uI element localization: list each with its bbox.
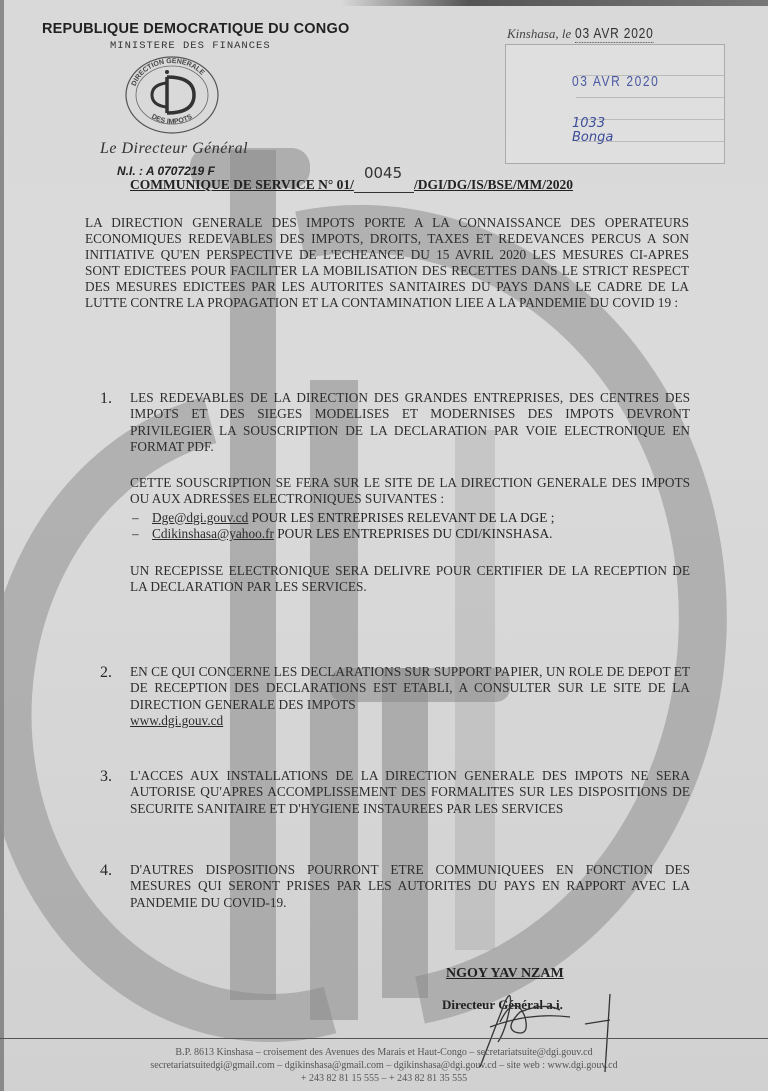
dateline-label: Kinshasa, le [507, 26, 571, 41]
item-number: 4. [100, 862, 112, 880]
list-item-1: 1. LES REDEVABLES DE LA DIRECTION DES GR… [90, 390, 690, 595]
reference-handwritten-number: 0045 [364, 164, 402, 182]
country-heading: REPUBLIQUE DEMOCRATIQUE DU CONGO [42, 21, 349, 37]
email-link-cdi[interactable]: Cdikinshasa@yahoo.fr [152, 526, 274, 541]
intro-paragraph: LA DIRECTION GENERALE DES IMPOTS PORTE A… [85, 215, 689, 311]
reference-number-field: 0045 [354, 178, 414, 193]
director-title-script: Le Directeur Général [100, 140, 248, 158]
reference-prefix: COMMUNIQUE DE SERVICE N° 01/ [130, 177, 354, 192]
item-text: EN CE QUI CONCERNE LES DECLARATIONS SUR … [130, 664, 690, 713]
ni-number: N.I. : A 0707219 F [117, 164, 215, 178]
item-number: 1. [100, 390, 112, 408]
footer-divider [0, 1038, 768, 1039]
item-text: D'AUTRES DISPOSITIONS POURRONT ETRE COMM… [130, 862, 690, 911]
footer-address: B.P. 8613 Kinshasa – croisement des Aven… [0, 1046, 768, 1059]
reference-suffix: /DGI/DG/IS/BSE/MM/2020 [414, 177, 573, 192]
communique-reference: COMMUNIQUE DE SERVICE N° 01/0045/DGI/DG/… [130, 177, 573, 193]
photo-shadow [340, 0, 768, 6]
email-list: Dge@dgi.gouv.cd POUR LES ENTREPRISES REL… [152, 510, 690, 543]
item-text: L'ACCES AUX INSTALLATIONS DE LA DIRECTIO… [130, 768, 690, 817]
email-list-item: Cdikinshasa@yahoo.fr POUR LES ENTREPRISE… [152, 526, 690, 543]
website-link[interactable]: www.dgi.gouv.cd [130, 713, 223, 728]
item-number: 2. [100, 664, 112, 682]
reception-stamp [505, 44, 725, 164]
ministry-heading: MINISTERE DES FINANCES [110, 40, 271, 52]
svg-text:DES IMPOTS: DES IMPOTS [150, 113, 194, 125]
item-text: LES REDEVABLES DE LA DIRECTION DES GRAND… [130, 390, 690, 455]
email-link-dge[interactable]: Dge@dgi.gouv.cd [152, 510, 248, 525]
dateline-date: 03 AVR 2020 [575, 25, 654, 43]
stamp-number: 1033 [572, 117, 613, 131]
item-subparagraph: CETTE SOUSCRIPTION SE FERA SUR LE SITE D… [130, 475, 690, 508]
email-list-item: Dge@dgi.gouv.cd POUR LES ENTREPRISES REL… [152, 510, 690, 527]
list-item-2: 2. EN CE QUI CONCERNE LES DECLARATIONS S… [90, 664, 690, 729]
item-subparagraph: UN RECEPISSE ELECTRONIQUE SERA DELIVRE P… [130, 563, 690, 596]
list-item-3: 3. L'ACCES AUX INSTALLATIONS DE LA DIREC… [90, 768, 690, 817]
dateline: Kinshasa, le 03 AVR 2020 [507, 25, 673, 43]
stamp-handwriting: 1033 Bonga [572, 117, 613, 145]
list-item-4: 4. D'AUTRES DISPOSITIONS POURRONT ETRE C… [90, 862, 690, 911]
stamp-date: 03 AVR 2020 [572, 73, 659, 90]
dgi-seal-icon: DIRECTION GENERALE DES IMPOTS [122, 55, 222, 135]
item-number: 3. [100, 768, 112, 786]
footer-emails: secretariatsuitedgi@gmail.com – dgikinsh… [0, 1059, 768, 1072]
stamp-name: Bonga [572, 131, 613, 145]
footer-phones: + 243 82 81 15 555 – + 243 82 81 35 555 [0, 1072, 768, 1085]
page-edge [0, 0, 4, 1091]
